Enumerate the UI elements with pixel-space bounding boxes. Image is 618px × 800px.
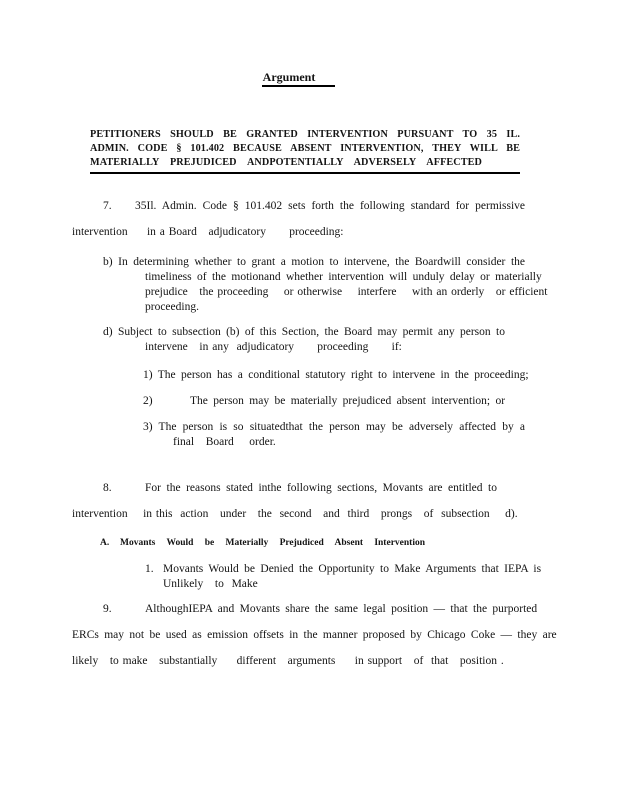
argument-heading: Argument (72, 70, 525, 85)
document-page: Argument PETITIONERS SHOULD BE GRANTED I… (0, 0, 618, 800)
paragraph-8-line-1: 8.For the reasons stated inthe following… (103, 481, 497, 496)
argument-heading-text: Argument (262, 70, 336, 87)
subsection-a1-heading: 1.Movants Would be Denied the Opportunit… (72, 562, 525, 592)
section-heading-line-3: MATERIALLY PREJUDICED ANDPOTENTIALLY ADV… (90, 156, 520, 172)
subsection-a1-line-1-text: Movants Would be Denied the Opportunity … (163, 563, 541, 575)
paragraph-8-number: 8. (103, 481, 145, 496)
subsection-a1-number: 1. (145, 562, 163, 577)
blockquote-b-line-1: b) In determining whether to grant a mot… (103, 255, 525, 270)
list-item-3-line-2: final Board order. (173, 435, 525, 450)
blockquote-b-line-2: timeliness of the motionand whether inte… (145, 270, 525, 285)
list-item-3: 3) The person is so situatedthat the per… (72, 420, 525, 450)
blockquote-b-line-4: proceeding. (145, 300, 525, 315)
paragraph-9-line-1-text: AlthoughIEPA and Movants share the same … (145, 603, 537, 615)
paragraph-8-line-1-text: For the reasons stated inthe following s… (145, 482, 497, 494)
list-item-2: 2)The person may be materially prejudice… (143, 394, 485, 409)
blockquote-b-line-3: prejudice the proceeding or otherwise in… (145, 285, 525, 300)
paragraph-8-line-2: intervention in this action under the se… (72, 507, 525, 522)
blockquote-d: d) Subject to subsection (b) of this Sec… (72, 325, 525, 355)
subsection-a1-line-2: Unlikely to Make (163, 577, 525, 592)
subsection-a1-line-1: 1.Movants Would be Denied the Opportunit… (145, 562, 525, 577)
blockquote-d-line-1: d) Subject to subsection (b) of this Sec… (103, 325, 495, 340)
paragraph-7-line-2: intervention in a Board adjudicatory pro… (72, 225, 525, 240)
paragraph-9-line-2: ERCs may not be used as emission offsets… (72, 628, 543, 643)
subsection-a-heading: A.Movants Would be Materially Prejudiced… (100, 536, 425, 550)
document-content: Argument PETITIONERS SHOULD BE GRANTED I… (72, 70, 525, 669)
blockquote-d-line-2: intervene in any adjudicatory proceeding… (145, 340, 525, 355)
paragraph-9-line-3: likely to make substantially different a… (72, 654, 525, 669)
paragraph-9-number: 9. (103, 602, 145, 617)
paragraph-7-line-1: 7.35Il. Admin. Code § 101.402 sets forth… (103, 199, 525, 214)
section-heading-line-1: PETITIONERS SHOULD BE GRANTED INTERVENTI… (90, 128, 520, 142)
paragraph-7-line-1-text: 35Il. Admin. Code § 101.402 sets forth t… (135, 200, 525, 212)
list-item-2-number: 2) (143, 394, 190, 409)
paragraph-9-line-1: 9.AlthoughIEPA and Movants share the sam… (103, 602, 525, 617)
list-item-2-text: The person may be materially prejudiced … (190, 395, 505, 407)
section-heading-block: PETITIONERS SHOULD BE GRANTED INTERVENTI… (90, 128, 520, 174)
list-item-3-line-1: 3) The person is so situatedthat the per… (143, 420, 525, 435)
list-item-1: 1) The person has a conditional statutor… (143, 368, 525, 383)
subsection-a-number: A. (100, 536, 120, 550)
section-heading-line-2: ADMIN. CODE § 101.402 BECAUSE ABSENT INT… (90, 142, 520, 156)
blockquote-b: b) In determining whether to grant a mot… (72, 255, 525, 315)
subsection-a-title: Movants Would be Materially Prejudiced A… (120, 538, 425, 548)
paragraph-7-number: 7. (103, 199, 135, 214)
